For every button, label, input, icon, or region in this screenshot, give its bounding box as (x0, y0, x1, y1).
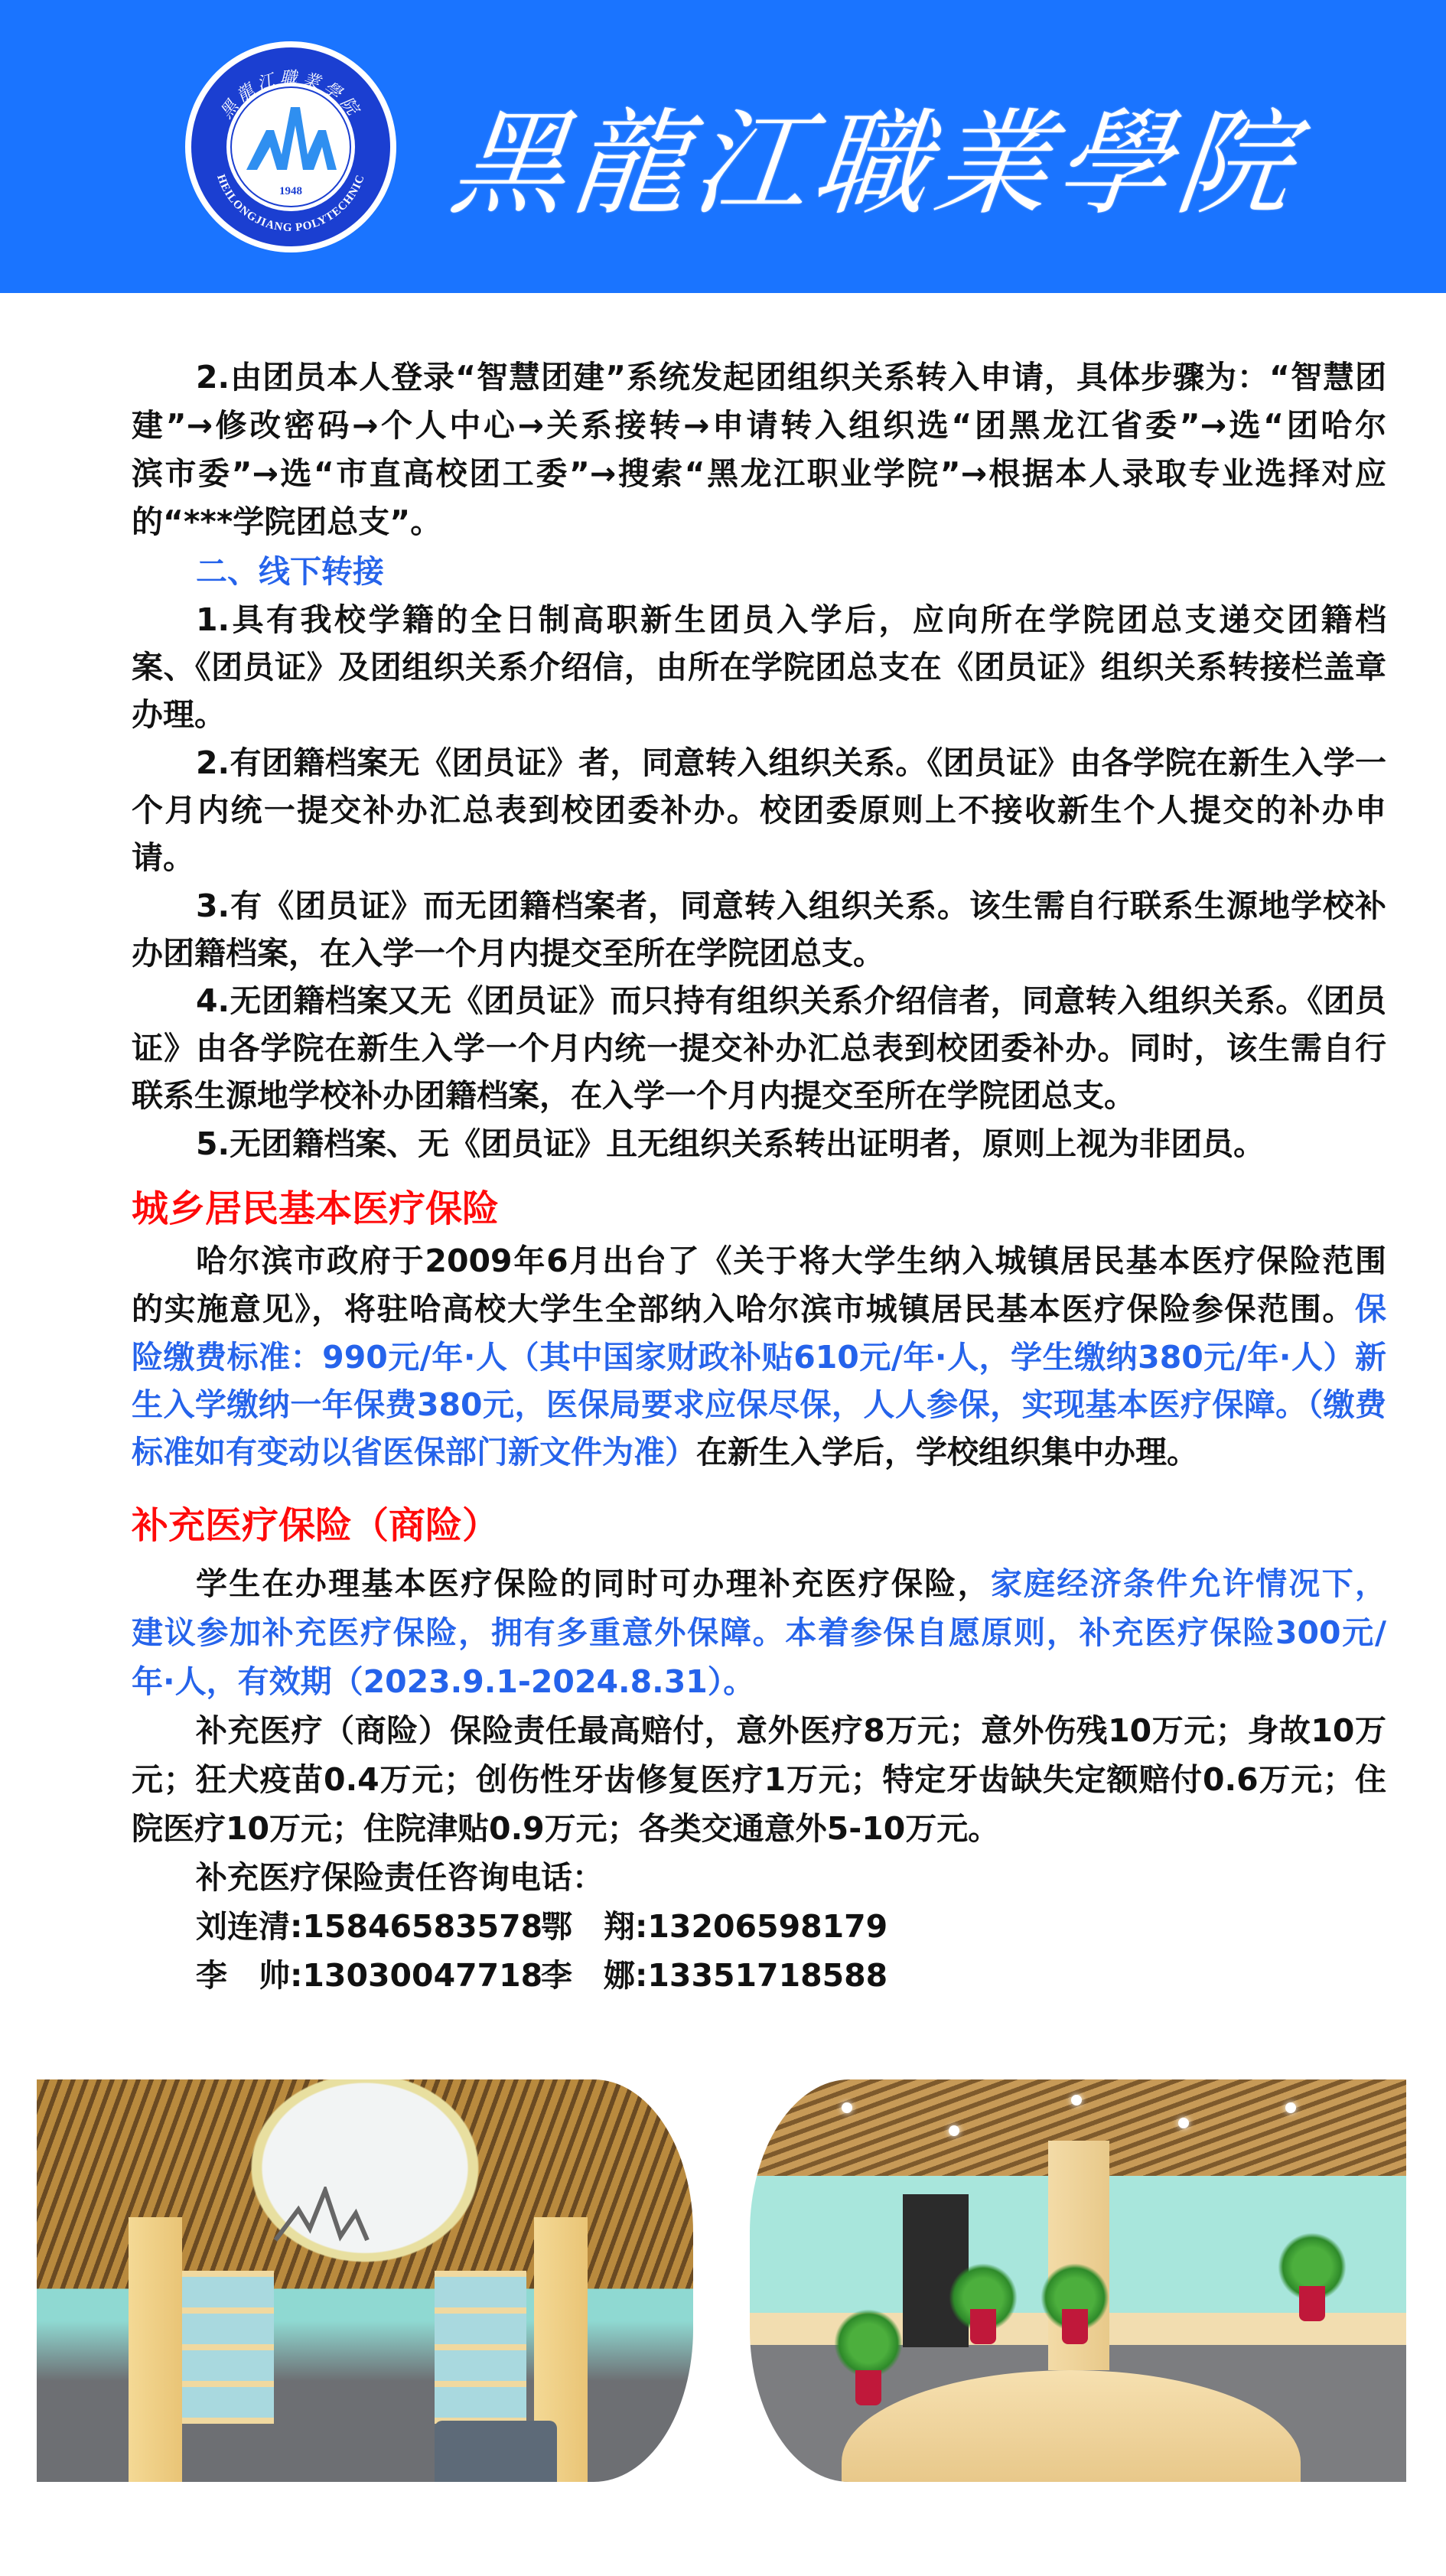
contact-phone[interactable]: 13030047718 (302, 1957, 542, 1994)
plant (834, 2309, 903, 2378)
flower-pot (855, 2370, 881, 2405)
contact-name: 鄂 翔 (541, 1908, 635, 1945)
contact-name: 李 帅 (196, 1957, 290, 1994)
paragraph-line: 联系生源地学校补办团籍档案，在入学一个月内提交至所在学院团总支。 (132, 1072, 1386, 1119)
paragraph-line: 证》由各学院在新生入学一个月内统一提交补办汇总表到校团委补办。同时，该生需自行 (132, 1024, 1386, 1072)
contact-phone[interactable]: 13351718588 (647, 1957, 887, 1994)
school-name-title: 黑龍江職業學院 (444, 92, 1270, 237)
paragraph-line: 1.具有我校学籍的全日制高职新生团员入学后，应向所在学院团总支递交团籍档 (196, 596, 1386, 643)
paragraph-line: 生入学缴纳一年保费380元，医保局要求应保尽保，人人参保，实现基本医疗保障。（缴… (132, 1381, 1386, 1428)
paragraph-line: 的“***学院团总支”。 (132, 498, 1386, 545)
paragraph-line: 建”→修改密码→个人中心→关系接转→申请转入组织选“团黑龙江省委”→选“团哈尔 (132, 402, 1386, 449)
section-heading-supplementary-insurance: 补充医疗保险（商险） (132, 1501, 499, 1550)
contact-title: 补充医疗保险责任咨询电话： (196, 1854, 604, 1901)
text-highlight: 保 (1355, 1291, 1386, 1327)
paragraph-line: 2.由团员本人登录“智慧团建”系统发起团组织关系转入申请，具体步骤为：“智慧团 (196, 353, 1386, 401)
paragraph-line: 标准如有变动以省医保部门新文件为准）在新生入学后，学校组织集中办理。 (132, 1428, 1386, 1476)
paragraph-line: 年·人，有效期（2023.9.1-2024.8.31）。 (132, 1658, 1386, 1705)
colon: : (290, 1957, 302, 1994)
contact-item: 鄂 翔:13206598179 (541, 1903, 887, 1950)
bookshelf (435, 2271, 526, 2424)
paragraph-line: 个月内统一提交补办汇总表到校团委补办。校团委原则上不接收新生个人提交的补办申 (132, 786, 1386, 834)
paragraph-line: 建议参加补充医疗保险，拥有多重意外保障。本着参保自愿原则，补充医疗保险300元/ (132, 1609, 1386, 1656)
door (903, 2194, 969, 2347)
emblem-year: 1948 (279, 185, 302, 197)
ceiling-light (1285, 2102, 1296, 2113)
ceiling-light (1071, 2095, 1082, 2105)
text-black: 在新生入学后，学校组织集中办理。 (696, 1434, 1198, 1470)
text-black: 的实施意见》，将驻哈高校大学生全部纳入哈尔滨市城镇居民基本医疗保险参保范围。 (132, 1291, 1355, 1327)
paragraph-line: 学生在办理基本医疗保险的同时可办理补充医疗保险，家庭经济条件允许情况下， (196, 1560, 1386, 1607)
paragraph-line: 哈尔滨市政府于2009年6月出台了《关于将大学生纳入城镇居民基本医疗保险范围 (196, 1237, 1386, 1285)
flower-pot (1299, 2286, 1325, 2321)
colon: : (635, 1908, 647, 1945)
paragraph-line: 2.有团籍档案无《团员证》者，同意转入组织关系。《团员证》由各学院在新生入学一 (196, 739, 1386, 786)
paragraph-line: 元；狂犬疫苗0.4万元；创伤性牙齿修复医疗1万元；特定牙齿缺失定额赔付0.6万元… (132, 1756, 1386, 1803)
paragraph-line: 险缴费标准：990元/年·人（其中国家财政补贴610元/年·人，学生缴纳380元… (132, 1334, 1386, 1381)
contact-phone[interactable]: 15846583578 (302, 1908, 542, 1945)
text-black: 学生在办理基本医疗保险的同时可办理补充医疗保险， (196, 1565, 991, 1602)
contact-item: 李 帅:13030047718 (196, 1952, 542, 1999)
ceiling-light (1178, 2118, 1189, 2128)
paragraph-line: 3.有《团员证》而无团籍档案者，同意转入组织关系。该生需自行联系生源地学校补 (196, 882, 1386, 930)
header-banner: 1948 HEILONGJIANG POLYTECHNIC 黑龍江職業學院 黑龍… (0, 0, 1446, 293)
library-photo (37, 2079, 693, 2482)
paragraph-line: 请。 (132, 834, 1386, 881)
paragraph-line: 案、《团员证》及团组织关系介绍信，由所在学院团总支在《团员证》组织关系转接栏盖章 (132, 643, 1386, 691)
colon: : (290, 1908, 302, 1945)
wood-pillar (129, 2217, 182, 2482)
contact-item: 李 娜:13351718588 (541, 1952, 887, 1999)
text-highlight: 标准如有变动以省医保部门新文件为准） (132, 1434, 696, 1470)
paragraph-line: 补充医疗（商险）保险责任最高赔付，意外医疗8万元；意外伤残10万元；身故10万 (196, 1707, 1386, 1754)
study-hall-photo (750, 2079, 1406, 2482)
contact-name: 李 娜 (541, 1957, 635, 1994)
section-heading-basic-insurance: 城乡居民基本医疗保险 (132, 1184, 499, 1233)
ceiling-light (949, 2125, 959, 2136)
paragraph-line: 滨市委”→选“市直高校团工委”→搜索“黑龙江职业学院”→根据本人录取专业选择对应 (132, 450, 1386, 497)
bookshelf (182, 2271, 274, 2424)
school-emblem-icon: 1948 HEILONGJIANG POLYTECHNIC 黑龍江職業學院 (184, 40, 398, 254)
flower-pot (970, 2309, 996, 2344)
contact-phone[interactable]: 13206598179 (647, 1908, 887, 1945)
ceiling-light (842, 2102, 852, 2113)
contact-name: 刘连清 (196, 1908, 290, 1945)
paragraph-line: 办团籍档案，在入学一个月内提交至所在学院团总支。 (132, 930, 1386, 977)
paragraph-line: 4.无团籍档案又无《团员证》而只持有组织关系介绍信者，同意转入组织关系。《团员 (196, 977, 1386, 1024)
paragraph-line: 院医疗10万元；住院津贴0.9万元；各类交通意外5-10万元。 (132, 1805, 1386, 1852)
contact-item: 刘连清:15846583578 (196, 1903, 542, 1950)
ceiling-logo-icon (268, 2187, 375, 2248)
curved-desk (842, 2370, 1301, 2482)
paragraph-line: 5.无团籍档案、无《团员证》且无组织关系转出证明者，原则上视为非团员。 (196, 1120, 1386, 1168)
colon: : (635, 1957, 647, 1994)
flower-pot (1062, 2309, 1088, 2344)
text-highlight: 家庭经济条件允许情况下， (991, 1565, 1386, 1602)
sofa (435, 2421, 557, 2482)
paragraph-line: 的实施意见》，将驻哈高校大学生全部纳入哈尔滨市城镇居民基本医疗保险参保范围。保 (132, 1285, 1386, 1333)
paragraph-line: 办理。 (132, 691, 1386, 738)
section-heading-offline-transfer: 二、线下转接 (196, 548, 384, 595)
